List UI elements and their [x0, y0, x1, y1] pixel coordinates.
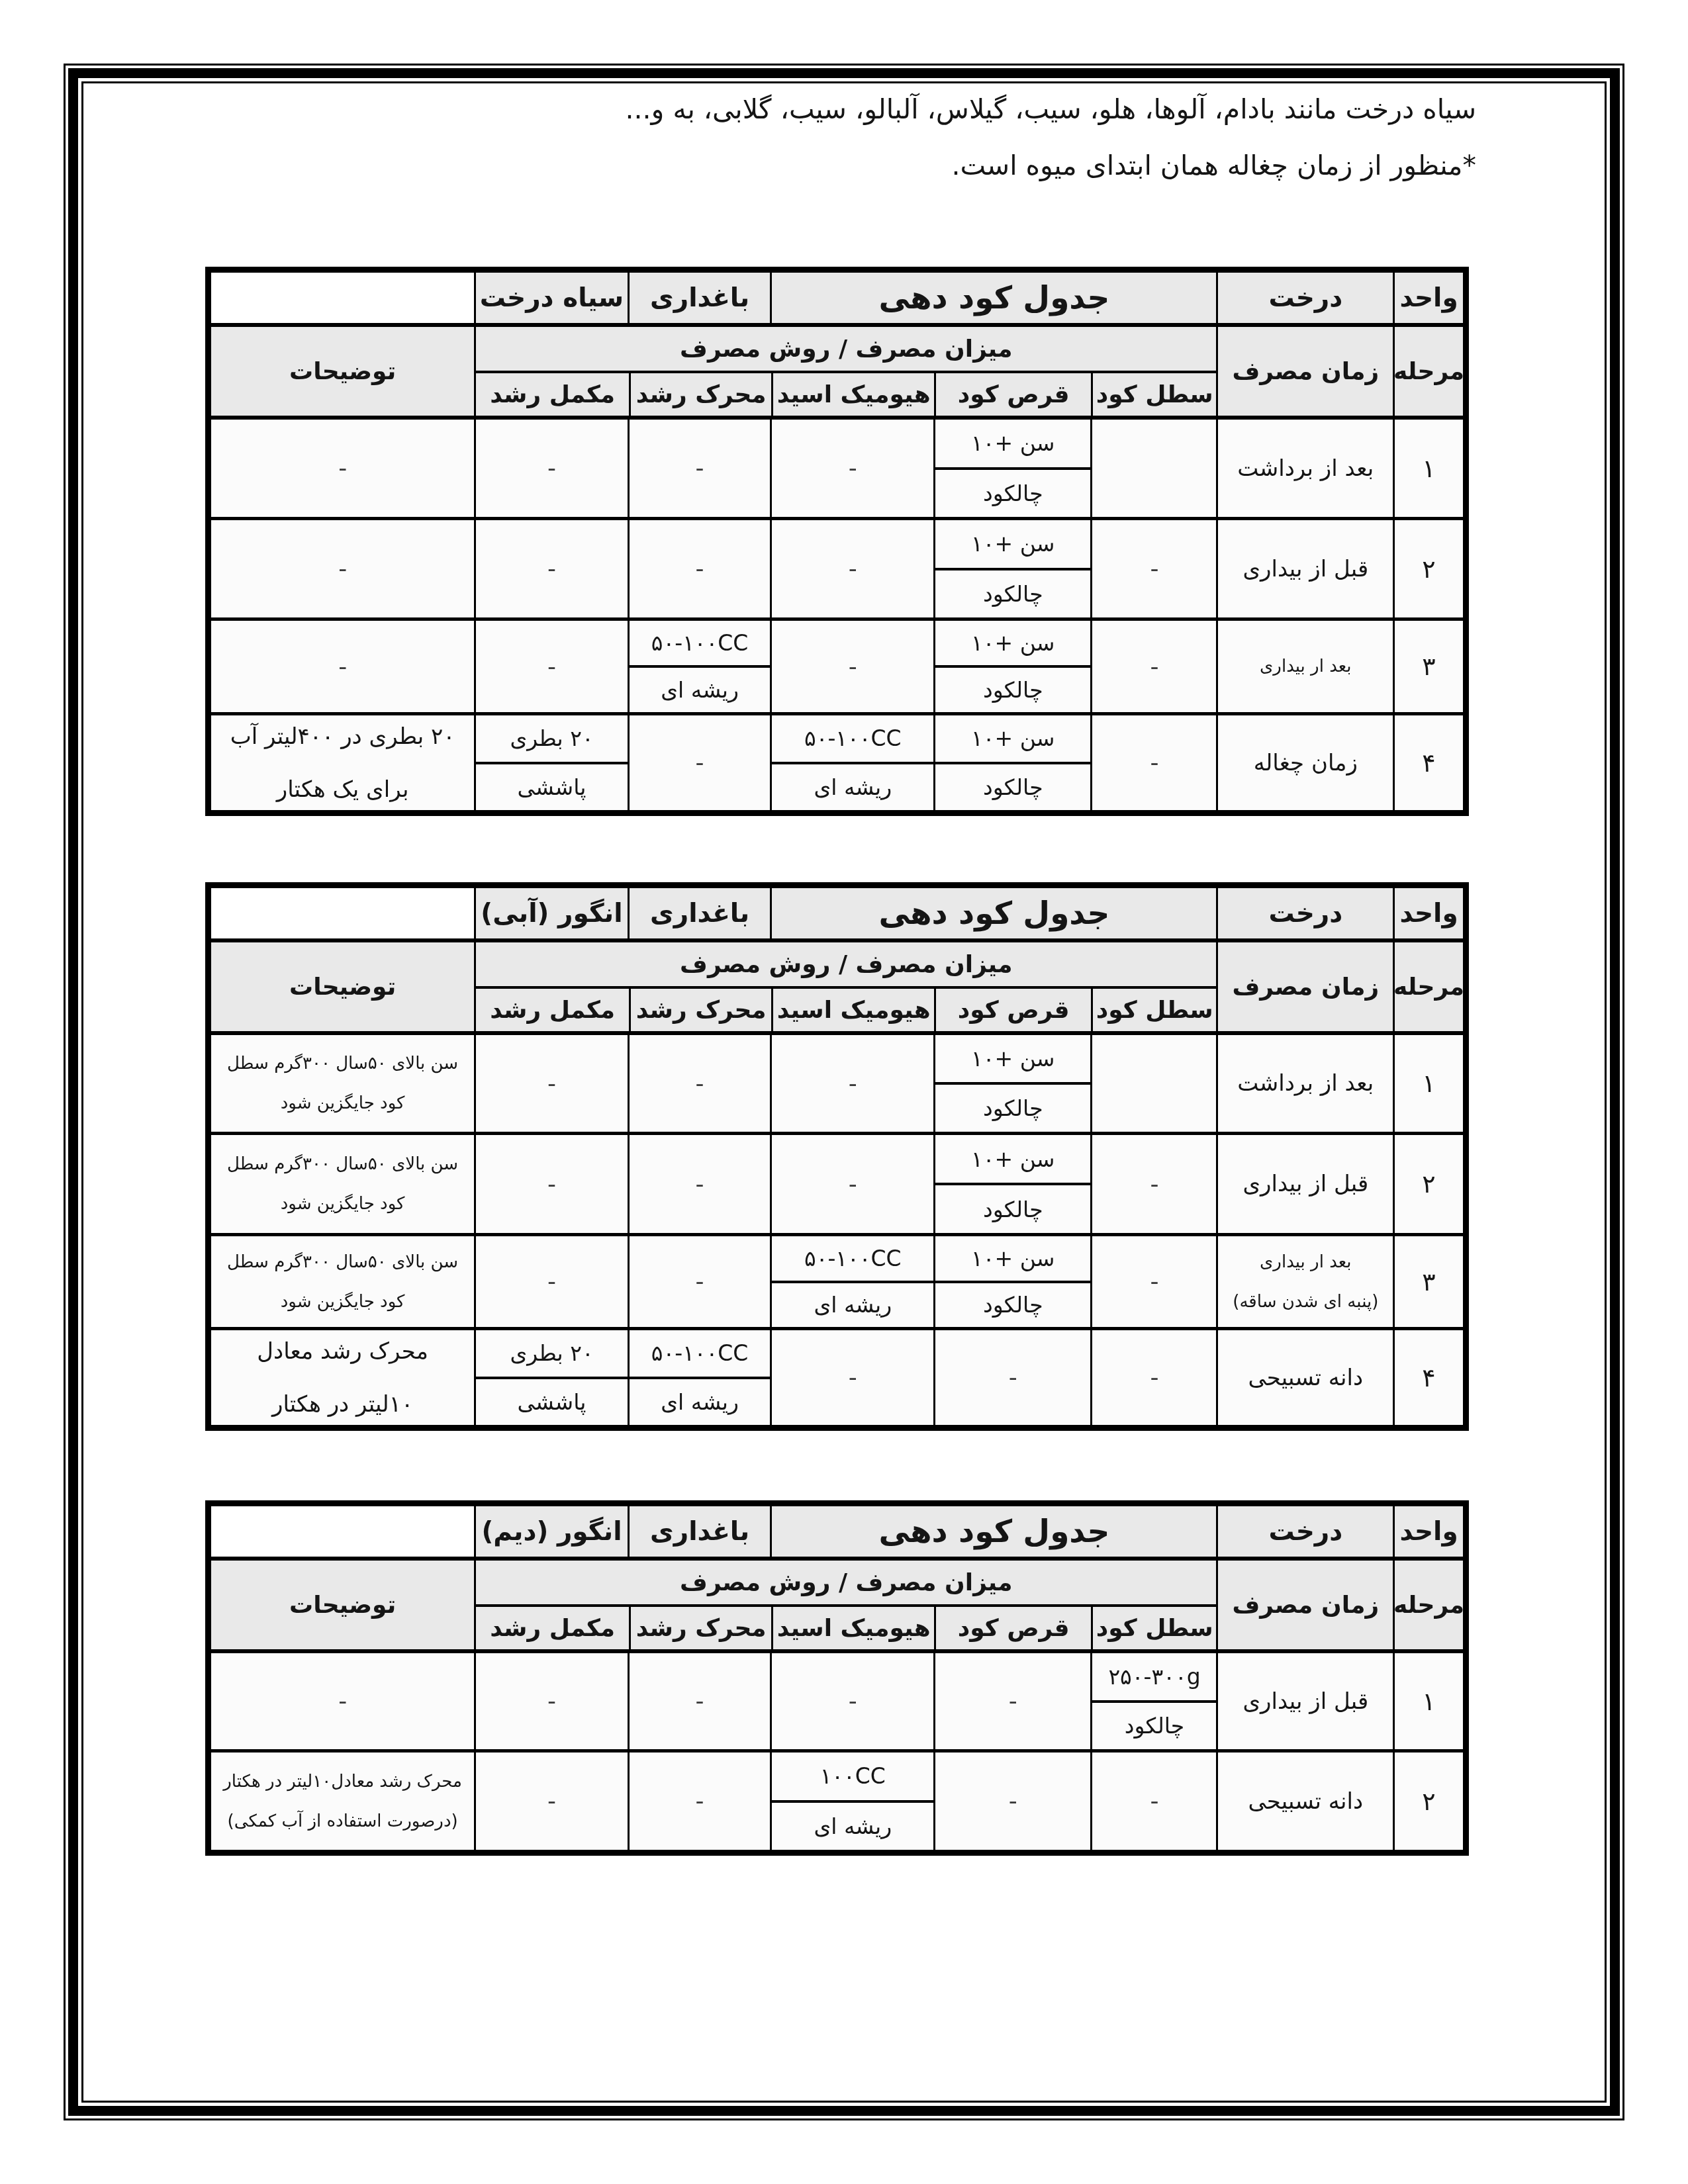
time-line: دانه تسبیحی [1248, 1365, 1363, 1391]
value-text: ریشه ای [814, 1813, 892, 1839]
time-line: بعد ار بیداری [1260, 1252, 1352, 1272]
value-cell-humic-acid: - [770, 420, 933, 517]
column-header-mokamel-roshd: مکمل رشد [476, 1607, 629, 1649]
table-title: جدول کود دهی [770, 888, 1216, 938]
value-cell-ghors-kood: سن +۱۰چالکود [933, 1236, 1090, 1327]
column-header-ghors-kood: قرص کود [934, 373, 1091, 416]
value-cell-satl-kood: - [1090, 520, 1216, 617]
value-cell-mokamel-roshd: - [474, 1752, 628, 1850]
tree-header: درخت [1216, 1506, 1393, 1557]
value-top: سن +۱۰ [935, 1135, 1090, 1185]
time-cell: زمان چغاله [1216, 715, 1393, 810]
value-bottom: چالکود [935, 764, 1090, 811]
value-bottom: پاششی [476, 764, 628, 811]
value-text: ۵۰-۱۰۰CC [651, 630, 749, 656]
value-cell-humic-acid: ۵۰-۱۰۰CCریشه ای [770, 1236, 933, 1327]
table-row: ۳بعد ار بیداری-سن +۱۰چالکود-۵۰-۱۰۰CCریشه… [211, 621, 1463, 715]
value-cell-satl-kood: - [1090, 1752, 1216, 1850]
column-header-humic-acid: هیومیک اسید [771, 1607, 934, 1649]
value-cell-moharek-roshd: - [628, 1653, 771, 1749]
value-text: سن +۱۰ [971, 630, 1055, 656]
tree-header: درخت [1216, 273, 1393, 323]
value-text: چالکود [1125, 1713, 1184, 1739]
stage-cell: ۳ [1393, 1236, 1463, 1327]
value-top: سن +۱۰ [935, 1035, 1090, 1085]
value-cell-moharek-roshd: - [628, 520, 771, 617]
time-line: قبل از بیداری [1243, 1171, 1368, 1197]
notes-line: سن بالای ۵۰سال ۳۰۰گرم سطل [227, 1252, 458, 1272]
table-row: ۲دانه تسبیحی--۱۰۰CCریشه ای--محرک رشد معا… [211, 1752, 1463, 1850]
value-text: ۵۰-۱۰۰CC [804, 725, 902, 751]
column-header-ghors-kood: قرص کود [934, 989, 1091, 1031]
value-cell-humic-acid: - [770, 1035, 933, 1132]
usage-columns-row: سطل کودقرص کودهیومیک اسیدمحرک رشدمکمل رش… [476, 1607, 1216, 1649]
value-cell-mokamel-roshd: - [474, 520, 628, 617]
value-cell-mokamel-roshd: - [474, 1035, 628, 1132]
value-cell-humic-acid: - [770, 1653, 933, 1749]
value-top: سن +۱۰ [935, 715, 1090, 764]
blank-header-cell [211, 888, 474, 938]
value-bottom: ریشه ای [630, 668, 771, 712]
notes-line: سن بالای ۵۰سال ۳۰۰گرم سطل [227, 1054, 458, 1073]
unit-header: واحد [1393, 1506, 1463, 1557]
value-top: ۲۰ بطری [476, 1330, 628, 1379]
usage-columns-row: سطل کودقرص کودهیومیک اسیدمحرک رشدمکمل رش… [476, 373, 1216, 416]
value-text: چالکود [983, 677, 1043, 703]
value-text: چالکود [983, 774, 1043, 800]
time-cell: بعد از برداشت [1216, 1035, 1393, 1132]
value-text: ریشه ای [661, 677, 739, 703]
notes-cell: سن بالای ۵۰سال ۳۰۰گرم سطلکود جایگزین شود [211, 1236, 474, 1327]
value-cell-satl-kood: ۲۵۰-۳۰۰gچالکود [1090, 1653, 1216, 1749]
notes-line: برای یک هکتار [277, 776, 409, 803]
time-line: قبل از بیداری [1243, 556, 1368, 582]
notes-line: ۲۰ بطری در ۴۰۰لیتر آب [230, 723, 455, 750]
value-bottom: چالکود [935, 570, 1090, 618]
column-header-moharek-roshd: محرک رشد [629, 989, 771, 1031]
value-cell-humic-acid: - [770, 1135, 933, 1233]
column-header-mokamel-roshd: مکمل رشد [476, 989, 629, 1031]
unit-header: واحد [1393, 273, 1463, 323]
time-cell: قبل از بیداری [1216, 520, 1393, 617]
value-top: ۵۰-۱۰۰CC [630, 1330, 771, 1379]
value-cell-mokamel-roshd: - [474, 1236, 628, 1327]
table-title: جدول کود دهی [770, 1506, 1216, 1557]
value-text: سن +۱۰ [971, 1046, 1055, 1071]
crop-header: انگور (آبی) [474, 888, 628, 938]
value-cell-ghors-kood: سن +۱۰چالکود [933, 715, 1090, 810]
document-page: { "intro": { "line1": "سیاه درخت مانند ب… [0, 0, 1688, 2184]
fertilizer-table: واحددرختجدول کود دهیباغداریانگور (دیم)مر… [205, 1500, 1469, 1856]
stage-cell: ۱ [1393, 1653, 1463, 1749]
usage-header-group: میزان مصرف / روش مصرفسطل کودقرص کودهیومی… [474, 327, 1216, 416]
value-cell-ghors-kood: سن +۱۰چالکود [933, 621, 1090, 712]
intro-line-2: *منظور از زمان چغاله همان ابتدای میوه اس… [625, 150, 1476, 181]
blank-header-cell [211, 1506, 474, 1557]
time-cell: دانه تسبیحی [1216, 1330, 1393, 1425]
table-row: ۲قبل از بیداری-سن +۱۰چالکود---- [211, 520, 1463, 621]
value-text: سن +۱۰ [971, 531, 1055, 557]
value-bottom: ریشه ای [772, 764, 933, 811]
value-text: چالکود [983, 1292, 1043, 1318]
fertilizer-table: واحددرختجدول کود دهیباغداریانگور (آبی)مر… [205, 882, 1469, 1431]
value-top: ۵۰-۱۰۰CC [772, 1236, 933, 1283]
value-cell-satl-kood [1090, 1035, 1216, 1132]
value-text: سن +۱۰ [971, 1146, 1055, 1172]
table-subheader-row: مرحلهزمان مصرفمیزان مصرف / روش مصرفسطل ک… [211, 327, 1463, 420]
value-text: سن +۱۰ [971, 430, 1055, 456]
value-cell-mokamel-roshd: - [474, 1653, 628, 1749]
value-top: ۵۰-۱۰۰CC [630, 621, 771, 668]
notes-header: توضیحات [211, 942, 474, 1031]
stage-cell: ۴ [1393, 715, 1463, 810]
value-cell-moharek-roshd: ۵۰-۱۰۰CCریشه ای [628, 1330, 771, 1425]
value-cell-satl-kood: - [1090, 1330, 1216, 1425]
stage-header: مرحله [1393, 327, 1463, 416]
column-header-humic-acid: هیومیک اسید [771, 989, 934, 1031]
usage-header: میزان مصرف / روش مصرف [476, 327, 1216, 373]
time-line: بعد از برداشت [1237, 1070, 1374, 1097]
stage-cell: ۱ [1393, 420, 1463, 517]
value-bottom: پاششی [476, 1379, 628, 1426]
value-cell-mokamel-roshd: ۲۰ بطریپاششی [474, 1330, 628, 1425]
value-top: سن +۱۰ [935, 420, 1090, 470]
value-cell-mokamel-roshd: - [474, 420, 628, 517]
value-text: سن +۱۰ [971, 1246, 1055, 1271]
value-cell-mokamel-roshd: - [474, 621, 628, 712]
time-line: (پنبه ای شدن ساقه) [1233, 1292, 1378, 1312]
value-bottom: چالکود [935, 1185, 1090, 1233]
time-header: زمان مصرف [1216, 1561, 1393, 1649]
value-top: سن +۱۰ [935, 520, 1090, 570]
time-line: بعد ار بیداری [1260, 657, 1352, 676]
value-cell-humic-acid: - [770, 621, 933, 712]
table-row: ۱قبل از بیداری۲۵۰-۳۰۰gچالکود----- [211, 1653, 1463, 1752]
notes-line: ۱۰لیتر در هکتار [272, 1391, 413, 1418]
value-cell-humic-acid: - [770, 1330, 933, 1425]
value-text: چالکود [983, 1095, 1043, 1121]
notes-cell: - [211, 520, 474, 617]
notes-line: سن بالای ۵۰سال ۳۰۰گرم سطل [227, 1154, 458, 1174]
stage-header: مرحله [1393, 942, 1463, 1031]
fertilizer-table: واحددرختجدول کود دهیباغداریسیاه درختمرحل… [205, 267, 1469, 816]
usage-header-group: میزان مصرف / روش مصرفسطل کودقرص کودهیومی… [474, 942, 1216, 1031]
notes-cell: - [211, 1653, 474, 1749]
table-row: ۲قبل از بیداری-سن +۱۰چالکود---سن بالای ۵… [211, 1135, 1463, 1236]
value-text: ریشه ای [814, 1292, 892, 1318]
notes-line: کود جایگزین شود [281, 1292, 405, 1312]
notes-header: توضیحات [211, 1561, 474, 1649]
time-cell: بعد از برداشت [1216, 420, 1393, 517]
value-cell-mokamel-roshd: - [474, 1135, 628, 1233]
value-cell-humic-acid: ۵۰-۱۰۰CCریشه ای [770, 715, 933, 810]
column-header-humic-acid: هیومیک اسید [771, 373, 934, 416]
time-cell: دانه تسبیحی [1216, 1752, 1393, 1850]
table-subheader-row: مرحلهزمان مصرفمیزان مصرف / روش مصرفسطل ک… [211, 1561, 1463, 1653]
value-cell-satl-kood: - [1090, 1135, 1216, 1233]
stage-cell: ۳ [1393, 621, 1463, 712]
table-header-row: واحددرختجدول کود دهیباغداریانگور (دیم) [211, 1506, 1463, 1561]
table-header-row: واحددرختجدول کود دهیباغداریانگور (آبی) [211, 888, 1463, 942]
value-text: ۲۰ بطری [510, 725, 593, 751]
notes-header: توضیحات [211, 327, 474, 416]
value-cell-satl-kood [1090, 420, 1216, 517]
value-cell-moharek-roshd: - [628, 1752, 771, 1850]
table-header-row: واحددرختجدول کود دهیباغداریسیاه درخت [211, 273, 1463, 327]
stage-cell: ۴ [1393, 1330, 1463, 1425]
notes-cell: - [211, 621, 474, 712]
column-header-moharek-roshd: محرک رشد [629, 1607, 771, 1649]
stage-cell: ۲ [1393, 1135, 1463, 1233]
value-cell-satl-kood: - [1090, 715, 1216, 810]
value-text: ریشه ای [814, 774, 892, 800]
value-text: چالکود [983, 480, 1043, 506]
unit-header: واحد [1393, 888, 1463, 938]
time-header: زمان مصرف [1216, 942, 1393, 1031]
value-bottom: چالکود [935, 470, 1090, 518]
time-line: زمان چغاله [1254, 750, 1358, 776]
stage-cell: ۱ [1393, 1035, 1463, 1132]
value-top: ۲۵۰-۳۰۰g [1092, 1653, 1216, 1703]
gardening-header: باغداری [628, 1506, 771, 1557]
value-text: چالکود [983, 581, 1043, 607]
value-bottom: چالکود [935, 1283, 1090, 1328]
table-row: ۱بعد از برداشتسن +۱۰چالکود---سن بالای ۵۰… [211, 1035, 1463, 1135]
notes-line: کود جایگزین شود [281, 1093, 405, 1113]
value-cell-mokamel-roshd: ۲۰ بطریپاششی [474, 715, 628, 810]
value-top: ۵۰-۱۰۰CC [772, 715, 933, 764]
value-cell-ghors-kood: - [933, 1752, 1090, 1850]
value-cell-satl-kood: - [1090, 621, 1216, 712]
usage-header-group: میزان مصرف / روش مصرفسطل کودقرص کودهیومی… [474, 1561, 1216, 1649]
value-cell-ghors-kood: سن +۱۰چالکود [933, 1135, 1090, 1233]
value-text: ۵۰-۱۰۰CC [651, 1340, 749, 1366]
crop-header: سیاه درخت [474, 273, 628, 323]
column-header-satl-kood: سطل کود [1091, 373, 1217, 416]
table-row: ۴زمان چغاله-سن +۱۰چالکود۵۰-۱۰۰CCریشه ای-… [211, 715, 1463, 810]
value-text: ریشه ای [661, 1389, 739, 1415]
usage-header: میزان مصرف / روش مصرف [476, 1561, 1216, 1607]
value-bottom: ریشه ای [630, 1379, 771, 1426]
value-cell-moharek-roshd: - [628, 715, 771, 810]
value-text: پاششی [518, 774, 586, 800]
table-title: جدول کود دهی [770, 273, 1216, 323]
value-bottom: چالکود [935, 1085, 1090, 1132]
notes-cell: - [211, 420, 474, 517]
value-top: سن +۱۰ [935, 621, 1090, 668]
intro-line-1: سیاه درخت مانند بادام، آلوها، هلو، سیب، … [625, 94, 1476, 124]
usage-columns-row: سطل کودقرص کودهیومیک اسیدمحرک رشدمکمل رش… [476, 989, 1216, 1031]
value-bottom: چالکود [1092, 1703, 1216, 1750]
value-bottom: ریشه ای [772, 1803, 933, 1850]
value-bottom: چالکود [935, 668, 1090, 712]
time-cell: قبل از بیداری [1216, 1653, 1393, 1749]
value-cell-humic-acid: - [770, 520, 933, 617]
value-cell-ghors-kood: سن +۱۰چالکود [933, 1035, 1090, 1132]
table-row: ۳بعد ار بیداری(پنبه ای شدن ساقه)-سن +۱۰چ… [211, 1236, 1463, 1330]
value-cell-moharek-roshd: - [628, 1135, 771, 1233]
notes-line: محرک رشد معادل [257, 1338, 428, 1365]
value-cell-moharek-roshd: - [628, 1236, 771, 1327]
value-text: ۵۰-۱۰۰CC [804, 1246, 902, 1271]
value-cell-ghors-kood: سن +۱۰چالکود [933, 420, 1090, 517]
usage-header: میزان مصرف / روش مصرف [476, 942, 1216, 989]
value-cell-ghors-kood: - [933, 1653, 1090, 1749]
stage-cell: ۲ [1393, 520, 1463, 617]
column-header-ghors-kood: قرص کود [934, 1607, 1091, 1649]
gardening-header: باغداری [628, 273, 771, 323]
notes-cell: محرک رشد معادل۱۰لیتر در هکتار(درصورت است… [211, 1752, 474, 1850]
time-header: زمان مصرف [1216, 327, 1393, 416]
time-line: قبل از بیداری [1243, 1688, 1368, 1715]
notes-cell: ۲۰ بطری در ۴۰۰لیتر آببرای یک هکتار [211, 715, 474, 810]
crop-header: انگور (دیم) [474, 1506, 628, 1557]
stage-header: مرحله [1393, 1561, 1463, 1649]
notes-line: کود جایگزین شود [281, 1194, 405, 1214]
time-line: دانه تسبیحی [1248, 1788, 1363, 1815]
column-header-satl-kood: سطل کود [1091, 1607, 1217, 1649]
value-cell-humic-acid: ۱۰۰CCریشه ای [770, 1752, 933, 1850]
value-cell-satl-kood: - [1090, 1236, 1216, 1327]
column-header-moharek-roshd: محرک رشد [629, 373, 771, 416]
notes-cell: سن بالای ۵۰سال ۳۰۰گرم سطلکود جایگزین شود [211, 1135, 474, 1233]
notes-line: (درصورت استفاده از آب کمکی) [228, 1811, 458, 1831]
value-text: پاششی [518, 1389, 586, 1415]
value-top: ۲۰ بطری [476, 715, 628, 764]
value-top: سن +۱۰ [935, 1236, 1090, 1283]
value-text: ۲۰ بطری [510, 1340, 593, 1366]
notes-cell: سن بالای ۵۰سال ۳۰۰گرم سطلکود جایگزین شود [211, 1035, 474, 1132]
intro-text: سیاه درخت مانند بادام، آلوها، هلو، سیب، … [625, 94, 1476, 206]
stage-cell: ۲ [1393, 1752, 1463, 1850]
blank-header-cell [211, 273, 474, 323]
value-text: ۲۵۰-۳۰۰g [1108, 1664, 1200, 1690]
time-cell: بعد ار بیداری [1216, 621, 1393, 712]
value-bottom: ریشه ای [772, 1283, 933, 1328]
column-header-satl-kood: سطل کود [1091, 989, 1217, 1031]
time-line: بعد از برداشت [1237, 455, 1374, 482]
value-text: ۱۰۰CC [820, 1763, 886, 1789]
notes-cell: محرک رشد معادل۱۰لیتر در هکتار [211, 1330, 474, 1425]
table-row: ۴دانه تسبیحی---۵۰-۱۰۰CCریشه ای۲۰ بطریپاش… [211, 1330, 1463, 1425]
time-cell: قبل از بیداری [1216, 1135, 1393, 1233]
time-cell: بعد ار بیداری(پنبه ای شدن ساقه) [1216, 1236, 1393, 1327]
value-cell-moharek-roshd: ۵۰-۱۰۰CCریشه ای [628, 621, 771, 712]
tree-header: درخت [1216, 888, 1393, 938]
value-cell-ghors-kood: - [933, 1330, 1090, 1425]
value-top: ۱۰۰CC [772, 1752, 933, 1803]
table-subheader-row: مرحلهزمان مصرفمیزان مصرف / روش مصرفسطل ک… [211, 942, 1463, 1035]
value-cell-ghors-kood: سن +۱۰چالکود [933, 520, 1090, 617]
value-text: سن +۱۰ [971, 725, 1055, 751]
value-cell-moharek-roshd: - [628, 420, 771, 517]
gardening-header: باغداری [628, 888, 771, 938]
value-cell-moharek-roshd: - [628, 1035, 771, 1132]
value-text: چالکود [983, 1197, 1043, 1222]
table-row: ۱بعد از برداشتسن +۱۰چالکود---- [211, 420, 1463, 520]
column-header-mokamel-roshd: مکمل رشد [476, 373, 629, 416]
notes-line: محرک رشد معادل۱۰لیتر در هکتار [223, 1772, 462, 1792]
